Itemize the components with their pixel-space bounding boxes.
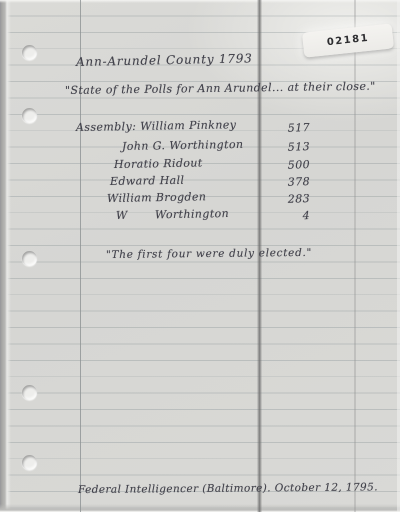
- catalog-number: 02181: [326, 33, 369, 48]
- candidate-name: John G. Worthington: [122, 138, 244, 153]
- vote-count: 4: [268, 209, 310, 223]
- vote-count: 500: [268, 158, 310, 172]
- vote-count: 517: [268, 121, 310, 135]
- candidate-name: William Brogden: [107, 190, 207, 205]
- candidate-name: William Pinkney: [140, 118, 236, 133]
- vote-count: 513: [268, 140, 310, 154]
- scan-edge-bottom: [0, 504, 400, 512]
- source-citation: Federal Intelligencer (Baltimore). Octob…: [78, 481, 378, 496]
- vote-count: 283: [268, 192, 310, 206]
- elected-note: "The first four were duly elected.": [106, 247, 312, 261]
- faint-crease-line: [354, 0, 356, 512]
- punch-hole: [22, 385, 37, 400]
- margin-rule-line: [80, 0, 81, 512]
- candidate-name: Edward Hall: [110, 174, 185, 188]
- punch-hole: [22, 455, 37, 470]
- page-title: Ann-Arundel County 1793: [76, 51, 253, 69]
- punch-hole: [22, 108, 37, 123]
- headline-quote: "State of the Polls for Ann Arundel... a…: [65, 80, 376, 97]
- list-row: Assembly: William Pinkney: [76, 118, 237, 134]
- punch-hole: [22, 251, 37, 266]
- punch-hole: [22, 45, 37, 60]
- list-label: Assembly:: [76, 120, 136, 134]
- catalog-sticker: 02181: [302, 23, 394, 57]
- scan-edge-left: [0, 0, 11, 512]
- vote-count: 378: [268, 175, 310, 189]
- scanned-document-page: 02181 Ann-Arundel County 1793 "State of …: [0, 0, 400, 512]
- candidate-name: W Worthington: [116, 207, 229, 222]
- scan-edge-top: [0, 0, 400, 3]
- candidate-name: Horatio Ridout: [114, 156, 203, 171]
